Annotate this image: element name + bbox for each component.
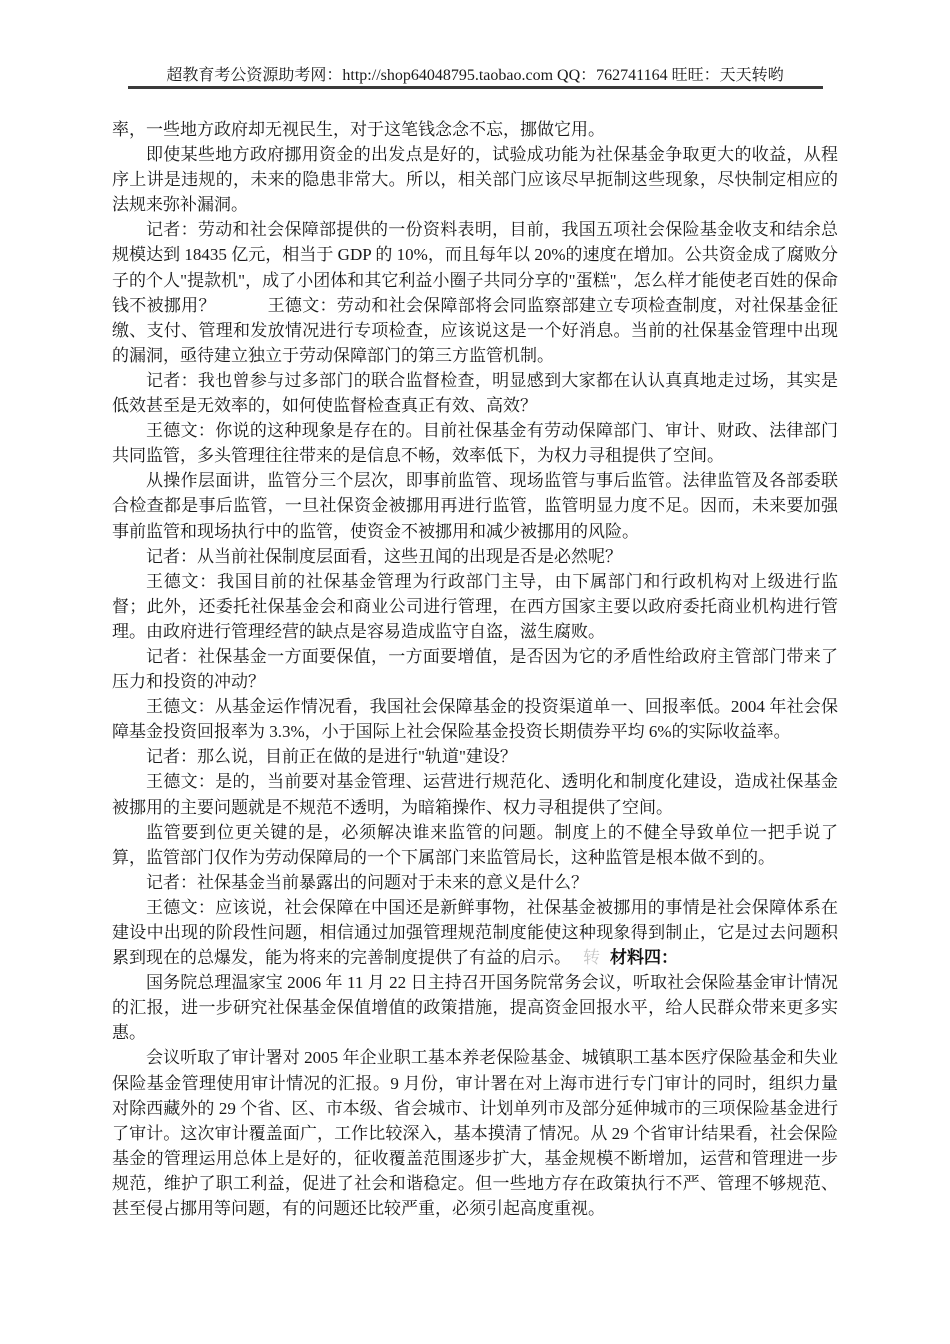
paragraph: 记者：从当前社保制度层面看，这些丑闻的出现是否是必然呢？ (112, 544, 838, 569)
page-header: 超教育考公资源助考网：http://shop64048795.taobao.co… (0, 62, 950, 85)
text-run: 记者：劳动和社会保障部提供的一份资料表明，目前，我国五项社会保险基金收支和结余总… (112, 220, 838, 364)
text-run: 王德文：是的，当前要对基金管理、运营进行规范化、透明化和制度化建设，造成社保基金… (112, 772, 838, 816)
paragraph: 记者：我也曾参与过多部门的联合监督检查，明显感到大家都在认认真真地走过场，其实是… (112, 368, 838, 418)
text-run: 监管要到位更关键的是，必须解决谁来监管的问题。制度上的不健全导致单位一把手说了算… (112, 823, 838, 867)
paragraph: 王德文：从基金运作情况看，我国社会保障基金的投资渠道单一、回报率低。2004 年… (112, 694, 838, 744)
text-run: 记者：那么说，目前正在做的是进行"轨道"建设？ (146, 747, 517, 766)
paragraph: 国务院总理温家宝 2006 年 11 月 22 日主持召开国务院常务会议，听取社… (112, 970, 838, 1045)
document-page: 超教育考公资源助考网：http://shop64048795.taobao.co… (0, 0, 950, 1344)
paragraph: 王德文：是的，当前要对基金管理、运营进行规范化、透明化和制度化建设，造成社保基金… (112, 769, 838, 819)
paragraph: 率，一些地方政府却无视民生，对于这笔钱念念不忘，挪做它用。 (112, 117, 838, 142)
ghost-watermark-char: 转 (583, 948, 600, 967)
paragraph: 记者：社保基金一方面要保值，一方面要增值，是否因为它的矛盾性给政府主管部门带来了… (112, 644, 838, 694)
header-text: 超教育考公资源助考网：http://shop64048795.taobao.co… (166, 67, 783, 84)
material-section-label: 材料四： (610, 948, 678, 967)
text-run: 王德文：我国目前的社保基金管理为行政部门主导，由下属部门和行政机构对上级进行监督… (112, 572, 838, 641)
paragraph: 从操作层面讲，监管分三个层次，即事前监管、现场监管与事后监管。法律监管及各部委联… (112, 468, 838, 543)
text-run: 记者：我也曾参与过多部门的联合监督检查，明显感到大家都在认认真真地走过场，其实是… (112, 371, 838, 415)
text-run: 王德文：应该说，社会保障在中国还是新鲜事物，社保基金被挪用的事情是社会保障体系在… (112, 898, 838, 967)
paragraph: 王德文：我国目前的社保基金管理为行政部门主导，由下属部门和行政机构对上级进行监督… (112, 569, 838, 644)
text-run: 王德文：你说的这种现象是存在的。目前社保基金有劳动保障部门、审计、财政、法律部门… (112, 421, 838, 465)
text-run: 记者：社保基金一方面要保值，一方面要增值，是否因为它的矛盾性给政府主管部门带来了… (112, 647, 838, 691)
text-run: 率，一些地方政府却无视民生，对于这笔钱念念不忘，挪做它用。 (112, 120, 605, 139)
text-run: 从操作层面讲，监管分三个层次，即事前监管、现场监管与事后监管。法律监管及各部委联… (112, 471, 838, 540)
text-run: 国务院总理温家宝 2006 年 11 月 22 日主持召开国务院常务会议，听取社… (112, 973, 838, 1042)
text-run: 即使某些地方政府挪用资金的出发点是好的，试验成功能为社保基金争取更大的收益，从程… (112, 145, 838, 214)
paragraph: 即使某些地方政府挪用资金的出发点是好的，试验成功能为社保基金争取更大的收益，从程… (112, 142, 838, 217)
paragraph: 记者：那么说，目前正在做的是进行"轨道"建设？ (112, 744, 838, 769)
document-body: 率，一些地方政府却无视民生，对于这笔钱念念不忘，挪做它用。即使某些地方政府挪用资… (112, 117, 838, 1221)
text-run: 记者：社保基金当前暴露出的问题对于未来的意义是什么？ (146, 873, 588, 892)
text-run: 王德文：从基金运作情况看，我国社会保障基金的投资渠道单一、回报率低。2004 年… (112, 697, 838, 741)
paragraph: 会议听取了审计署对 2005 年企业职工基本养老保险基金、城镇职工基本医疗保险基… (112, 1045, 838, 1221)
paragraph: 记者：社保基金当前暴露出的问题对于未来的意义是什么？ (112, 870, 838, 895)
paragraph: 王德文：应该说，社会保障在中国还是新鲜事物，社保基金被挪用的事情是社会保障体系在… (112, 895, 838, 970)
paragraph: 监管要到位更关键的是，必须解决谁来监管的问题。制度上的不健全导致单位一把手说了算… (112, 820, 838, 870)
text-run: 会议听取了审计署对 2005 年企业职工基本养老保险基金、城镇职工基本医疗保险基… (112, 1048, 838, 1218)
header-divider (128, 86, 823, 89)
paragraph: 记者：劳动和社会保障部提供的一份资料表明，目前，我国五项社会保险基金收支和结余总… (112, 217, 838, 368)
paragraph: 王德文：你说的这种现象是存在的。目前社保基金有劳动保障部门、审计、财政、法律部门… (112, 418, 838, 468)
text-run: 记者：从当前社保制度层面看，这些丑闻的出现是否是必然呢？ (146, 547, 622, 566)
